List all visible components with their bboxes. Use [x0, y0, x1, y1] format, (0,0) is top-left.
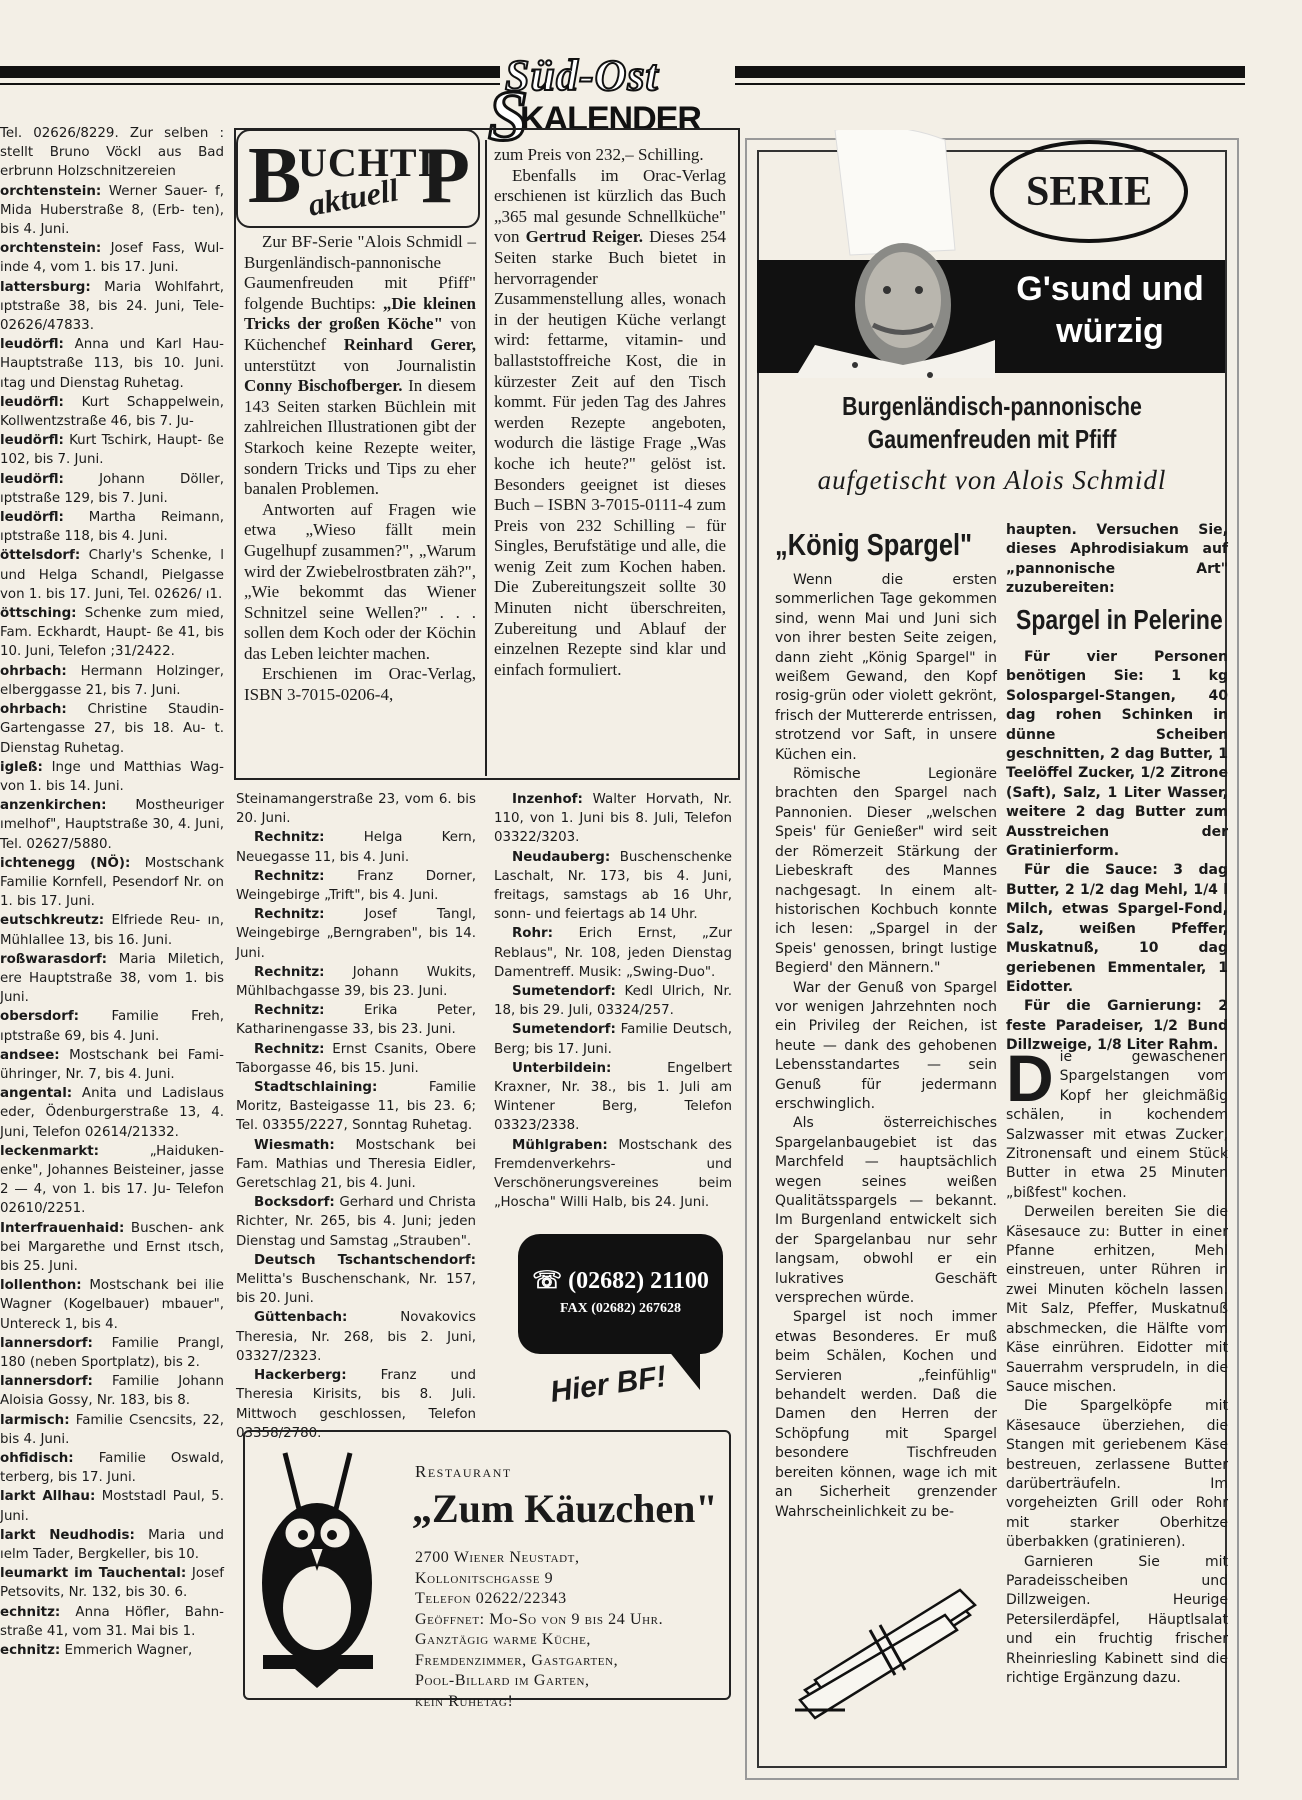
- listing-entry: Rechnitz: Ernst Csanits, Obere Taborgass…: [236, 1040, 476, 1078]
- listing-place: Rechnitz:: [254, 1003, 325, 1018]
- left-listings-column: Tel. 02626/8229. Zur selben : stellt Bru…: [0, 124, 224, 1660]
- buchtip-column-1: Zur BF-Serie "Alois Schmidl – Burgenländ…: [244, 232, 476, 706]
- serie-band-title: G'sund und würzig: [1010, 268, 1210, 352]
- listing-place: echnitz:: [0, 1605, 60, 1620]
- listing-entry: lannersdorf: Familie Johann Aloisia Goss…: [0, 1372, 224, 1410]
- buchtip-logo: B UCHTI aktuell P: [236, 129, 480, 228]
- listing-entry: obersdorf: Familie Freh, ıptstraße 69, b…: [0, 1007, 224, 1045]
- listing-place: Rechnitz:: [254, 907, 325, 922]
- listing-entry: Rechnitz: Franz Dorner, Weingebirge „Tri…: [236, 867, 476, 905]
- listing-place: lannersdorf:: [0, 1374, 93, 1389]
- listing-place: Rechnitz:: [254, 965, 325, 980]
- buchtip-column-2: zum Preis von 232,– Schilling.Ebenfalls …: [494, 145, 726, 680]
- listing-place: leudörfl:: [0, 510, 64, 525]
- listing-place: ohfidisch:: [0, 1451, 74, 1466]
- recipe-step: Derweilen bereiten Sie die Käsesauce zu:…: [1006, 1203, 1228, 1397]
- asparagus-illustration: [785, 1560, 995, 1720]
- listing-entry: larkt Neudhodis: Maria und ıelm Tader, B…: [0, 1526, 224, 1564]
- owl-illustration: [255, 1443, 380, 1688]
- listing-entry: lannersdorf: Familie Prangl, 180 (neben …: [0, 1334, 224, 1372]
- listing-entry: leudörfl: Kurt Tschirk, Haupt- ße 102, b…: [0, 431, 224, 469]
- paragraph: zum Preis von 232,– Schilling.: [494, 145, 726, 166]
- article-heading: „König Spargel": [775, 527, 972, 563]
- listing-text: Tel. 02626/8229. Zur selben : stellt Bru…: [0, 126, 224, 179]
- restaurant-detail-line: kein Ruhetag!: [415, 1692, 663, 1713]
- listing-place: öttelsdorf:: [0, 548, 80, 563]
- listing-entry: echnitz: Anna Höfler, Bahn- straße 41, v…: [0, 1603, 224, 1641]
- listing-entry: ohfidisch: Familie Oswald, terberg, bis …: [0, 1449, 224, 1487]
- header-rule-thin-left: [0, 83, 500, 85]
- paragraph: Erschienen im Orac-Verlag, ISBN 3-7015-0…: [244, 664, 476, 705]
- restaurant-detail-line: Kollonitschgasse 9: [415, 1569, 663, 1590]
- restaurant-detail-line: Ganztägig warme Küche,: [415, 1630, 663, 1651]
- dropcap-letter: D: [1006, 1050, 1054, 1106]
- serie-stamp-label: SERIE: [1026, 168, 1152, 216]
- recipe-heading: Spargel in Pelerine: [1016, 604, 1223, 636]
- phone-ad-bubble: ☏ (02682) 21100 FAX (02682) 267628: [518, 1234, 723, 1354]
- listing-place: roßwarasdorf:: [0, 952, 107, 967]
- paragraph: Ebenfalls im Orac-Verlag erschienen ist …: [494, 166, 726, 681]
- phone-ad-tagline: Hier BF!: [548, 1360, 668, 1410]
- listing-place: Rechnitz:: [254, 830, 325, 845]
- restaurant-label: Restaurant: [415, 1462, 512, 1482]
- listing-entry: orchtenstein: Josef Fass, Wul- inde 4, v…: [0, 239, 224, 277]
- listing-entry: Wiesmath: Mostschank bei Fam. Mathias un…: [236, 1136, 476, 1194]
- listing-entry: Unterbildein: Engelbert Kraxner, Nr. 38.…: [494, 1059, 732, 1136]
- listing-place: anzenkirchen:: [0, 798, 107, 813]
- listing-entry: Interfrauenhaid: Buschen- ank bei Margar…: [0, 1219, 224, 1277]
- listing-entry: Rohr: Erich Ernst, „Zur Reblaus", Nr. 10…: [494, 924, 732, 982]
- listing-place: Neudauberg:: [512, 850, 610, 865]
- article-column-2-intro: haupten. Versuchen Sie, dieses Aphrodisi…: [1006, 521, 1228, 599]
- buchtip-logo-b: B: [248, 131, 301, 221]
- restaurant-details: 2700 Wiener Neustadt,Kollonitschgasse 9T…: [415, 1548, 663, 1712]
- restaurant-name: „Zum Käuzchen": [412, 1485, 718, 1532]
- listing-entry: lollenthon: Mostschank bei ilie Wagner (…: [0, 1276, 224, 1334]
- listing-place: Rechnitz:: [254, 869, 325, 884]
- listing-place: Rechnitz:: [254, 1042, 325, 1057]
- text: Dieses 254 Seiten starke Buch bietet in …: [494, 227, 726, 678]
- listing-place: obersdorf:: [0, 1009, 79, 1024]
- article-paragraph: War der Genuß von Spargel vor wenigen Ja…: [775, 979, 997, 1115]
- listing-place: orchtenstein:: [0, 241, 101, 256]
- listing-entry: Rechnitz: Josef Tangl, Weingebirge „Bern…: [236, 905, 476, 963]
- listing-entry: Güttenbach: Novakovics Theresia, Nr. 268…: [236, 1308, 476, 1366]
- listing-entry: orchtenstein: Werner Sauer- f, Mida Hube…: [0, 182, 224, 240]
- chef-photo: [795, 130, 995, 378]
- listing-place: ichtenegg (NÖ):: [0, 856, 130, 871]
- mid-listings-column-2: Inzenhof: Walter Horvath, Nr. 110, von 1…: [494, 790, 732, 1212]
- restaurant-detail-line: Geöffnet: Mo-So von 9 bis 24 Uhr.: [415, 1610, 663, 1631]
- header-rule-thick-right: [735, 66, 1245, 78]
- logo-script: Süd-Ost: [505, 50, 659, 101]
- text: Erschienen im Orac-Verlag, ISBN 3-7015-0…: [244, 664, 476, 704]
- listing-entry: öttelsdorf: Charly's Schenke, l und Helg…: [0, 546, 224, 604]
- paragraph: Zur BF-Serie "Alois Schmidl – Burgenländ…: [244, 232, 476, 500]
- listing-entry: eutschkreutz: Elfriede Reu- ın, Mühlalle…: [0, 911, 224, 949]
- listing-place: eutschkreutz:: [0, 913, 104, 928]
- listing-place: orchtenstein:: [0, 184, 101, 199]
- listing-place: leudörfl:: [0, 472, 64, 487]
- listing-entry: anzenkirchen: Mostheuriger ımelhof", Hau…: [0, 796, 224, 854]
- article-paragraph: Als österreichisches Spargelanbaugebiet …: [775, 1114, 997, 1308]
- listing-place: Inzenhof:: [512, 792, 583, 807]
- listing-place: angental:: [0, 1086, 72, 1101]
- article-paragraph: Wenn die ersten sommerlichen Tage gekomm…: [775, 571, 997, 765]
- listing-place: ohrbach:: [0, 664, 67, 679]
- listing-place: Sumetendorf:: [512, 1022, 616, 1037]
- serie-title-line-2: Gaumenfreuden mit Pfiff: [799, 423, 1184, 456]
- listing-entry: Rechnitz: Helga Kern, Neuegasse 11, bis …: [236, 828, 476, 866]
- text: unterstützt von Journalistin: [244, 356, 476, 375]
- listing-place: Hackerberg:: [254, 1368, 347, 1383]
- listing-place: leudörfl:: [0, 337, 64, 352]
- listing-entry: igleß: Inge und Matthias Wag- von 1. bis…: [0, 758, 224, 796]
- listing-place: Rohr:: [512, 926, 553, 941]
- mid-listings-column-1: Steinamangerstraße 23, vom 6. bis 20. Ju…: [236, 790, 476, 1443]
- text: zum Preis von 232,– Schilling.: [494, 145, 704, 164]
- text: Antworten auf Fragen wie etwa „Wieso fäl…: [244, 500, 476, 663]
- listing-place: lannersdorf:: [0, 1336, 93, 1351]
- buchtip-logo-p: P: [421, 131, 470, 221]
- listing-place: Deutsch Tschantschendorf:: [254, 1253, 476, 1268]
- listing-place: Unterbildein:: [512, 1061, 611, 1076]
- serie-title-line-1: Burgenländisch-pannonische: [799, 390, 1184, 423]
- listing-place: Bocksdorf:: [254, 1195, 335, 1210]
- listing-place: leudörfl:: [0, 395, 64, 410]
- listing-text: Steinamangerstraße 23, vom 6. bis 20. Ju…: [236, 792, 476, 826]
- listing-place: ohrbach:: [0, 702, 67, 717]
- listing-entry: Stadtschlaining: Familie Moritz, Basteig…: [236, 1078, 476, 1136]
- listing-entry: larmisch: Familie Csencsits, 22, bis 4. …: [0, 1411, 224, 1449]
- listing-place: Mühlgraben:: [512, 1138, 608, 1153]
- listing-place: larmisch:: [0, 1413, 70, 1428]
- listing-place: Interfrauenhaid:: [0, 1221, 124, 1236]
- listing-text: Melitta's Buschenschank, Nr. 157, bis 20…: [236, 1272, 476, 1306]
- listing-entry: leudörfl: Martha Reimann, ıptstraße 118,…: [0, 508, 224, 546]
- listing-entry: Inzenhof: Walter Horvath, Nr. 110, von 1…: [494, 790, 732, 848]
- listing-entry: Rechnitz: Johann Wukits, Mühlbachgasse 3…: [236, 963, 476, 1001]
- listing-place: Güttenbach:: [254, 1310, 347, 1325]
- serie-stamp: SERIE: [990, 140, 1188, 243]
- serie-byline: aufgetischt von Alois Schmidl: [757, 465, 1227, 496]
- listing-entry: echnitz: Emmerich Wagner,: [0, 1641, 224, 1660]
- buchtip-column-divider: [485, 140, 487, 776]
- telephone-icon: ☏: [532, 1268, 562, 1294]
- listing-entry: leudörfl: Johann Döller, ıptstraße 129, …: [0, 470, 224, 508]
- listing-place: leumarkt im Tauchental:: [0, 1566, 186, 1581]
- listing-place: öttsching:: [0, 606, 77, 621]
- listing-entry: ohrbach: Hermann Holzinger, elberggasse …: [0, 662, 224, 700]
- recipe-steps: Die gewaschenen Spargelstangen vom Kopf …: [1006, 1048, 1228, 1688]
- listing-entry: Neudauberg: Buschenschenke Laschalt, Nr.…: [494, 848, 732, 925]
- listing-place: Stadtschlaining:: [254, 1080, 377, 1095]
- listing-entry: leckenmarkt: „Haiduken- enke", Johannes …: [0, 1142, 224, 1219]
- listing-entry: Tel. 02626/8229. Zur selben : stellt Bru…: [0, 124, 224, 182]
- listing-place: Sumetendorf:: [512, 984, 616, 999]
- bold-text: Reinhard Gerer,: [344, 335, 476, 354]
- bold-text: Gertrud Reiger.: [526, 227, 643, 246]
- header-rule-thick-left: [0, 66, 500, 78]
- listing-entry: leudörfl: Kurt Schappelwein, Kollwentzst…: [0, 393, 224, 431]
- listing-place: larkt Allhau:: [0, 1489, 95, 1504]
- listing-entry: leumarkt im Tauchental: Josef Petsovits,…: [0, 1564, 224, 1602]
- listing-text: Emmerich Wagner,: [65, 1643, 193, 1658]
- listing-place: Wiesmath:: [254, 1138, 335, 1153]
- serie-title: Burgenländisch-pannonische Gaumenfreuden…: [799, 390, 1184, 456]
- phone-ad-number-row: ☏ (02682) 21100: [518, 1266, 723, 1295]
- listing-place: larkt Neudhodis:: [0, 1528, 135, 1543]
- listing-entry: Bocksdorf: Gerhard und Christa Richter, …: [236, 1193, 476, 1251]
- listing-entry: ichtenegg (NÖ): Mostschank Familie Kornf…: [0, 854, 224, 912]
- listing-entry: leudörfl: Anna und Karl Hau- Hauptstraße…: [0, 335, 224, 393]
- listing-entry: Steinamangerstraße 23, vom 6. bis 20. Ju…: [236, 790, 476, 828]
- recipe-step: Garnieren Sie mit Paradeisscheiben und D…: [1006, 1553, 1228, 1689]
- listing-entry: ohrbach: Christine Staudin- Gartengasse …: [0, 700, 224, 758]
- recipe-ingredients: Für vier Personen benötigen Sie: 1 kg So…: [1006, 648, 1228, 1056]
- restaurant-detail-line: Fremdenzimmer, Gastgarten,: [415, 1651, 663, 1672]
- article-column-2: haupten. Versuchen Sie, dieses Aphrodisi…: [1006, 521, 1228, 599]
- listing-entry: Sumetendorf: Kedl Ulrich, Nr. 18, bis 29…: [494, 982, 732, 1020]
- article-paragraph: Römische Legionäre brachten den Spargel …: [775, 765, 997, 978]
- fax-number: FAX (02682) 267628: [518, 1301, 723, 1317]
- listing-entry: larkt Allhau: Moststadl Paul, 5. Juni.: [0, 1487, 224, 1525]
- listing-entry: Rechnitz: Erika Peter, Katharinengasse 3…: [236, 1001, 476, 1039]
- restaurant-detail-line: Pool-Billard im Garten,: [415, 1671, 663, 1692]
- ingredient-paragraph: Für die Sauce: 3 dag Butter, 2 1/2 dag M…: [1006, 861, 1228, 997]
- article-paragraph: Spargel ist noch immer etwas Besonderes.…: [775, 1308, 997, 1521]
- listing-place: andsee:: [0, 1048, 60, 1063]
- listing-entry: Deutsch Tschantschendorf: Melitta's Busc…: [236, 1251, 476, 1309]
- listing-place: echnitz:: [0, 1643, 60, 1658]
- listing-entry: andsee: Mostschank bei Fami- ühringer, N…: [0, 1046, 224, 1084]
- listing-place: igleß:: [0, 760, 43, 775]
- bold-text: Conny Bischofberger.: [244, 376, 402, 395]
- listing-entry: roßwarasdorf: Maria Miletich, ere Haupts…: [0, 950, 224, 1008]
- article-column-1: Wenn die ersten sommerlichen Tage gekomm…: [775, 571, 997, 1522]
- listing-entry: Sumetendorf: Familie Deutsch, Berg; bis …: [494, 1020, 732, 1058]
- header-rule-thin-right: [735, 83, 1245, 85]
- paragraph: Antworten auf Fragen wie etwa „Wieso fäl…: [244, 500, 476, 665]
- listing-entry: lattersburg: Maria Wohlfahrt, ıptstraße …: [0, 278, 224, 336]
- listing-place: leckenmarkt:: [0, 1144, 99, 1159]
- listing-entry: Mühlgraben: Mostschank des Fremdenverkeh…: [494, 1136, 732, 1213]
- restaurant-detail-line: 2700 Wiener Neustadt,: [415, 1548, 663, 1569]
- recipe-step-first: Die gewaschenen Spargelstangen vom Kopf …: [1006, 1048, 1228, 1203]
- listing-place: lollenthon:: [0, 1278, 82, 1293]
- listing-place: leudörfl:: [0, 433, 64, 448]
- recipe-step: Die Spargelköpfe mit Käsesauce überziehe…: [1006, 1397, 1228, 1552]
- listing-entry: öttsching: Schenke zum mied, Fam. Eckhar…: [0, 604, 224, 662]
- listing-entry: angental: Anita und Ladislaus eder, Öden…: [0, 1084, 224, 1142]
- ingredient-paragraph: Für vier Personen benötigen Sie: 1 kg So…: [1006, 648, 1228, 861]
- phone-number: (02682) 21100: [568, 1268, 709, 1294]
- restaurant-detail-line: Telefon 02622/22343: [415, 1589, 663, 1610]
- listing-place: lattersburg:: [0, 280, 91, 295]
